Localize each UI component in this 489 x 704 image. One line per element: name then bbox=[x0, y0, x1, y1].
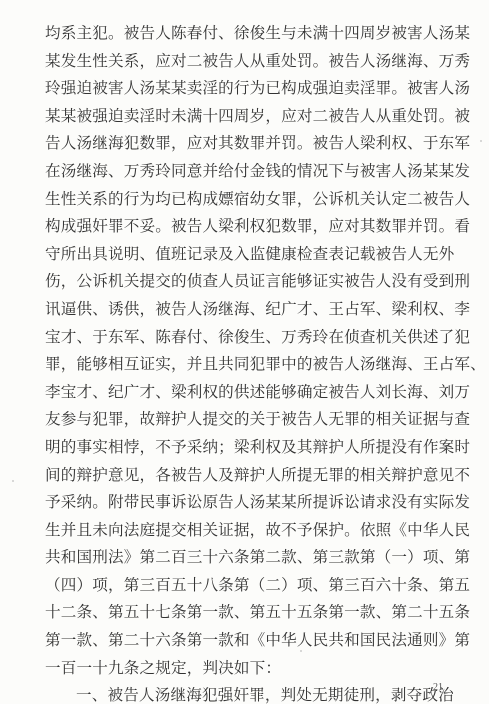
scan-speck bbox=[300, 650, 302, 652]
text-line: 宝才、于东军、陈春付、徐俊生、万秀玲在侦查机关供述了犯 bbox=[45, 324, 441, 352]
text-line: 伤，公诉机关提交的侦查人员证言能够证实被告人没有受到刑 bbox=[45, 268, 441, 296]
scan-speck bbox=[104, 170, 106, 172]
text-line: 均系主犯。被告人陈春付、徐俊生与未满十四周岁被害人汤某 bbox=[45, 20, 441, 48]
text-line: 告人汤继海犯数罪，应对其数罪并罚。被告人梁利权、于东军 bbox=[45, 130, 441, 158]
document-page: 均系主犯。被告人陈春付、徐俊生与未满十四周岁被害人汤某 某发生性关系，应对二被告… bbox=[0, 0, 489, 704]
judgment-text: 均系主犯。被告人陈春付、徐俊生与未满十四周岁被害人汤某 某发生性关系，应对二被告… bbox=[45, 20, 441, 704]
text-line: 守所出具说明、值班记录及入监健康检查表记载被告人无外 bbox=[45, 241, 441, 269]
text-line: （四）项，第三百五十八条第（二）项、第三百六十条、第五 bbox=[45, 572, 441, 600]
scan-speck bbox=[480, 140, 482, 142]
scan-speck bbox=[12, 480, 14, 482]
text-line: 生性关系的行为均已构成嫖宿幼女罪，公诉机关认定二被告人 bbox=[45, 186, 441, 214]
text-line: 友参与犯罪，故辩护人提交的关于被告人无罪的相关证据与查 bbox=[45, 406, 441, 434]
scan-speck bbox=[160, 690, 162, 692]
judgment-item-1: 一、被告人汤继海犯强奸罪，判处无期徒刑，剥夺政治 bbox=[45, 682, 441, 704]
text-line: 某某被强迫卖淫时未满十四周岁，应对二被告人从重处罚。被 bbox=[45, 103, 441, 131]
text-line: 某发生性关系，应对二被告人从重处罚。被告人汤继海、万秀 bbox=[45, 48, 441, 76]
text-line: 共和国刑法》第二百三十六条第二款、第三款第（一）项、第 bbox=[45, 544, 441, 572]
text-line: 玲强迫被害人汤某某卖淫的行为已构成强迫卖淫罪。被害人汤 bbox=[45, 75, 441, 103]
text-line: 罪，能够相互证实，并且共同犯罪中的被告人汤继海、王占军、 bbox=[45, 351, 441, 379]
text-line: 明的事实相悖，不予采纳；梁利权及其辩护人所提没有作案时 bbox=[45, 434, 441, 462]
text-line: 第一款、第二十六条第一款和《中华人民共和国民法通则》第 bbox=[45, 627, 441, 655]
text-line: 讯逼供、诱供，被告人汤继海、纪广才、王占军、梁利权、李 bbox=[45, 296, 441, 324]
text-line: 构成强奸罪不妥。被告人梁利权犯数罪，应对其数罪并罚。看 bbox=[45, 213, 441, 241]
text-line: 十二条、第五十七条第一款、第五十五条第一款、第二十五条 bbox=[45, 599, 441, 627]
text-line: 一百一十九条之规定，判决如下： bbox=[45, 655, 441, 683]
text-line: 生并且未向法庭提交相关证据，故不予保护。依照《中华人民 bbox=[45, 517, 441, 545]
text-line: 予采纳。附带民事诉讼原告人汤某某所提诉讼请求没有实际发 bbox=[45, 489, 441, 517]
text-line: 李宝才、纪广才、梁利权的供述能够确定被告人刘长海、刘万 bbox=[45, 379, 441, 407]
text-line: 间的辩护意见，各被告人及辩护人所提无罪的相关辩护意见不 bbox=[45, 462, 441, 490]
page-number: 21 bbox=[433, 682, 443, 693]
